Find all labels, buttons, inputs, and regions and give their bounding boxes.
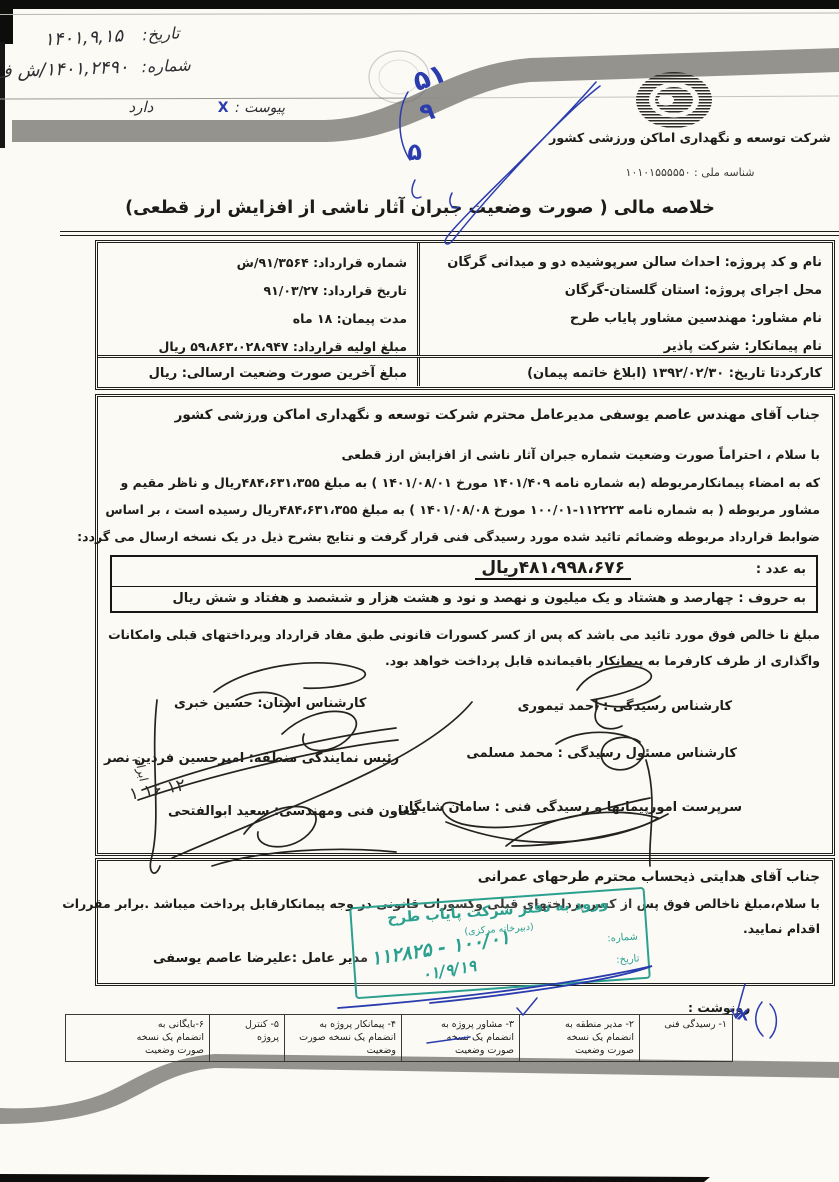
signature-squiggles [138,663,668,873]
svg-text:۵۱: ۵۱ [409,57,451,97]
scanned-financial-summary-document: تاریخ: ۱۴۰۱,۹,۱۵ شماره: ۱۴۰۱,۲۴۹۰/ش ف پی… [0,0,839,1182]
svg-text:ابرام: ابرام [131,756,151,783]
ink-overlay: ۵۱ ۹ ۵ ۱۲ ۱۶ ۱ ابرام [0,0,839,1182]
blue-pen-marks [338,82,776,1043]
svg-text:۹: ۹ [417,96,437,127]
svg-text:۵: ۵ [407,138,422,166]
signature-handwritten-notes: ۱۲ ۱۶ ۱ ابرام [128,756,187,805]
blue-handwritten-digits: ۵۱ ۹ ۵ [407,57,450,166]
